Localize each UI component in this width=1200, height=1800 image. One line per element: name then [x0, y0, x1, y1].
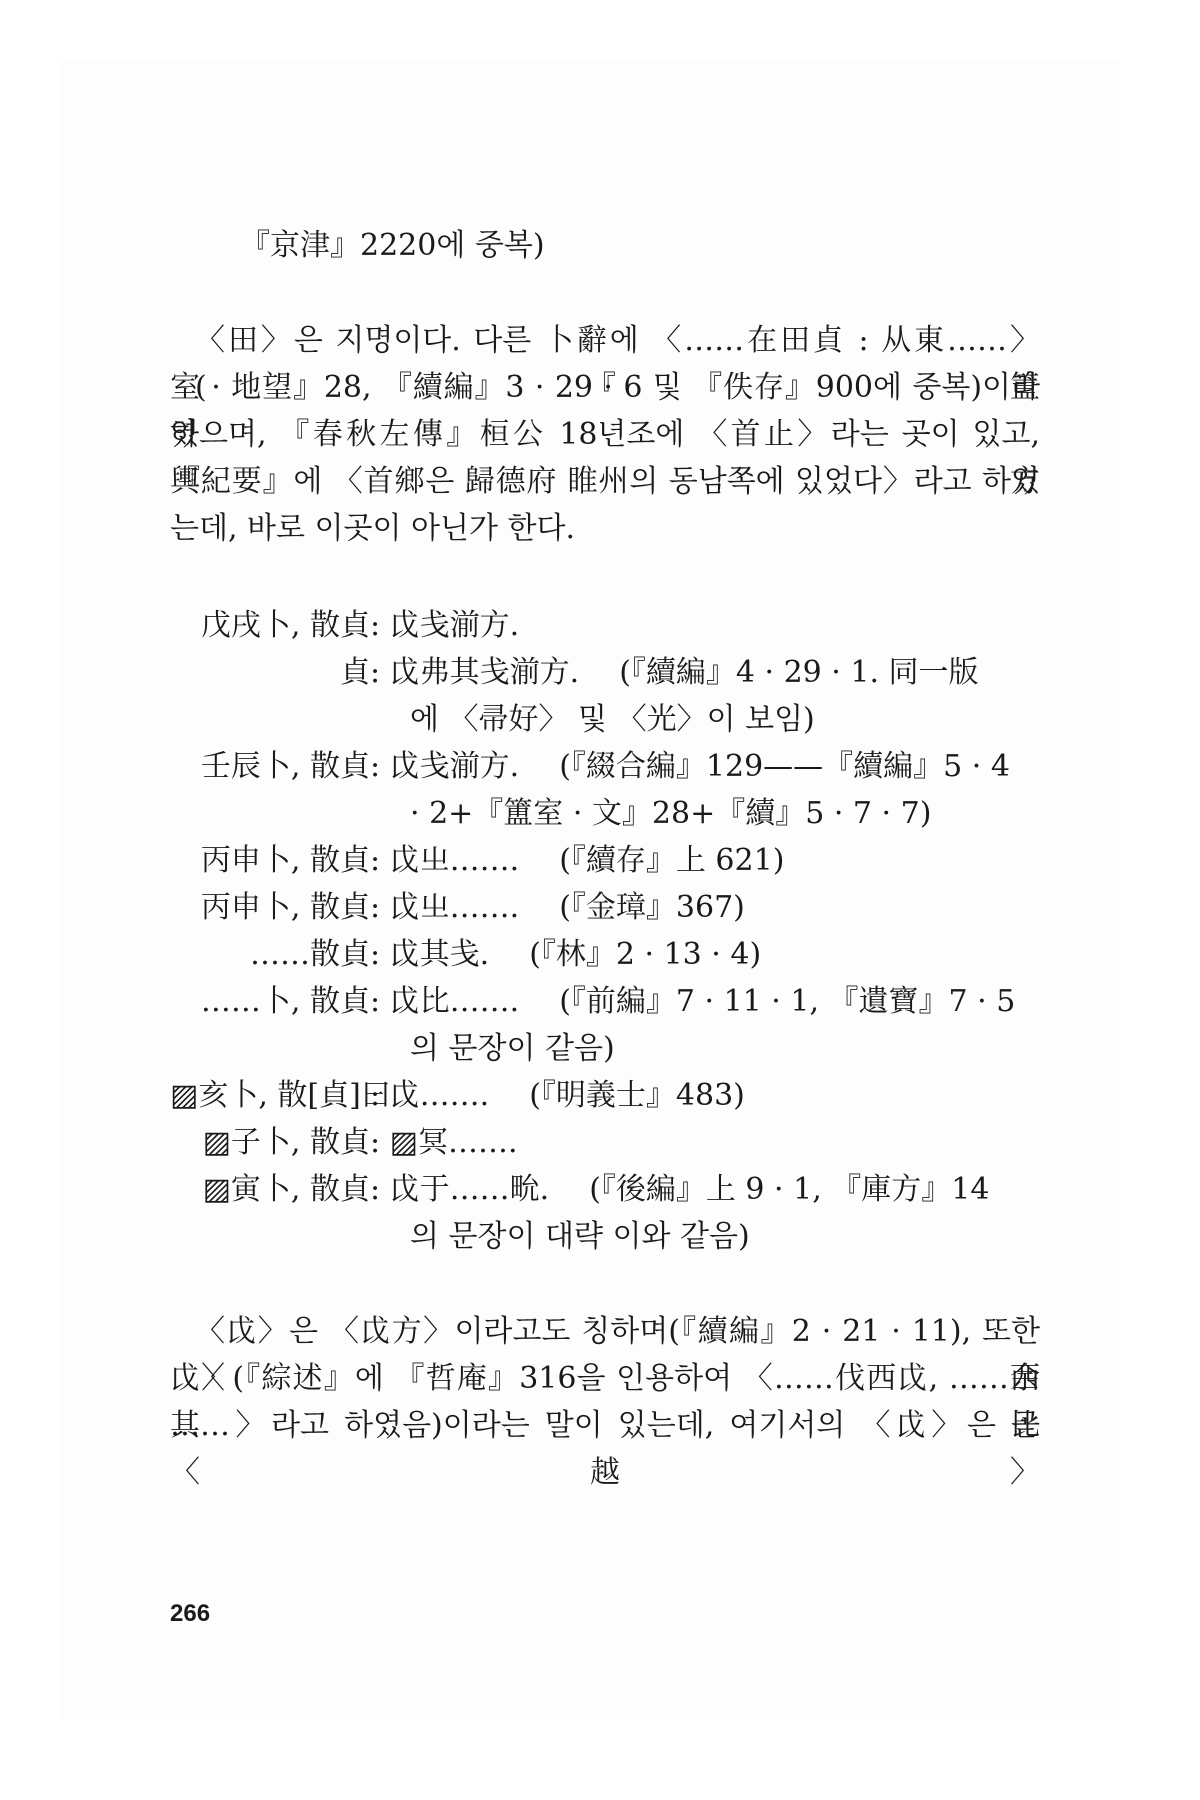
inscription-body: : 戉于……㽙. [370, 1166, 549, 1213]
inscription-entry: ▨亥卜, 散[貞]曰 : 戉……. (『明義士』483) [170, 1072, 1040, 1119]
inscription-head: ▨子卜, 散貞 [170, 1119, 370, 1166]
paragraph-2: 〈戉〉은 〈戉方〉이라고도 칭하며(『續編』2 · 21 · 11), 또한 〈… [170, 1308, 1040, 1449]
inscription-body: : 戉戋湔方. [370, 602, 519, 649]
inscription-entry: 戊戌卜, 散貞 : 戉戋湔方. [170, 602, 1040, 649]
inscription-entry: 丙申卜, 散貞 : 戉㞢……. (『金璋』367) [170, 884, 1040, 931]
inscription-body: : ▨冥……. [370, 1119, 518, 1166]
inscription-entry: ▨子卜, 散貞 : ▨冥……. [170, 1119, 1040, 1166]
inscription-head: 丙申卜, 散貞 [170, 837, 370, 884]
page-number: 266 [170, 1600, 210, 1628]
inscription-head: 貞 [170, 649, 370, 696]
citation-continuation: 에 〈帚好〉 및 〈光〉이 보임) [170, 696, 1040, 743]
inscription-citation: (『明義士』483) [529, 1072, 745, 1119]
citation-continuation: 의 문장이 같음) [170, 1025, 1040, 1072]
inscription-head: ▨亥卜, 散[貞]曰 [170, 1072, 370, 1119]
citation-continuation: 의 문장이 대략 이와 같음) [170, 1213, 1040, 1260]
inscription-body: : 戉弗其戋湔方. [370, 649, 579, 696]
inscription-entry: ……卜, 散貞 : 戉比……. (『前編』7 · 11 · 1, 『遺寶』7 ·… [170, 978, 1040, 1025]
paragraph-line: 였으며, 『春秋左傳』桓公 18년조에 〈首止〉라는 곳이 있고, 『方 [170, 411, 1040, 458]
inscription-entry: 壬辰卜, 散貞 : 戉戋湔方. (『綴合編』129——『續編』5 · 4 [170, 743, 1040, 790]
inscription-entry: 貞 : 戉弗其戋湔方. (『續編』4 · 29 · 1. 同一版 [170, 649, 1040, 696]
inscription-body: : 戉戋湔方. [370, 743, 519, 790]
inscription-head: 戊戌卜, 散貞 [170, 602, 370, 649]
inscription-list: 戊戌卜, 散貞 : 戉戋湔方. 貞 : 戉弗其戋湔方. (『續編』4 · 29 … [170, 602, 1040, 1260]
inscription-body: : 戉㞢……. [370, 884, 519, 931]
continuation-line: 『京津』2220에 중복) [170, 222, 1040, 269]
inscription-head: 壬辰卜, 散貞 [170, 743, 370, 790]
paragraph-line: 〈戉〉은 〈戉方〉이라고도 칭하며(『續編』2 · 21 · 11), 또한 〈… [170, 1308, 1040, 1355]
inscription-body: : 戉㞢……. [370, 837, 519, 884]
paragraph-line: 〈田〉은 지명이다. 다른 卜辭에 〈……在田貞 : 从東……〉(『簠 [170, 317, 1040, 364]
inscription-citation: (『綴合編』129——『續編』5 · 4 [559, 743, 1010, 790]
inscription-body: : 戉比……. [370, 978, 519, 1025]
inscription-head: ▨寅卜, 散貞 [170, 1166, 370, 1213]
inscription-entry: ▨寅卜, 散貞 : 戉于……㽙. (『後編』上 9 · 1, 『庫方』14 [170, 1166, 1040, 1213]
citation-continuation: · 2+『簠室 · 文』28+『續』5 · 7 · 7) [170, 790, 1040, 837]
inscription-citation: (『金璋』367) [559, 884, 745, 931]
paragraph-line: 는데, 바로 이곳이 아닌가 한다. [170, 505, 1040, 552]
inscription-citation: (『後編』上 9 · 1, 『庫方』14 [589, 1166, 989, 1213]
inscription-head: 丙申卜, 散貞 [170, 884, 370, 931]
inscription-head: ……散貞 [170, 931, 370, 978]
paragraph-line: 室 · 地望』28, 『續編』3 · 29 · 6 및 『佚存』900에 중복)… [170, 364, 1040, 411]
inscription-body: : 戉……. [370, 1072, 489, 1119]
paragraph-line: ……〉라고 하였음)이라는 말이 있는데, 여기서의 〈戉〉은 곧 〈越〉 [170, 1402, 1040, 1449]
page-body: 『京津』2220에 중복) 〈田〉은 지명이다. 다른 卜辭에 〈……在田貞 :… [170, 222, 1040, 1449]
inscription-body: : 戉其戋. [370, 931, 489, 978]
paragraph-line: 戉〉(『綜述』에 『哲庵』316을 인용하여 〈……伐西戉, ……余其比 [170, 1355, 1040, 1402]
inscription-citation: (『前編』7 · 11 · 1, 『遺寶』7 · 5 [559, 978, 1015, 1025]
inscription-citation: (『續編』4 · 29 · 1. 同一版 [619, 649, 978, 696]
inscription-citation: (『林』2 · 13 · 4) [529, 931, 761, 978]
paragraph-line: 輿紀要』에 〈首鄉은 歸德府 睢州의 동남쪽에 있었다〉라고 하였 [170, 458, 1040, 505]
inscription-entry: 丙申卜, 散貞 : 戉㞢……. (『續存』上 621) [170, 837, 1040, 884]
inscription-citation: (『續存』上 621) [559, 837, 784, 884]
inscription-head: ……卜, 散貞 [170, 978, 370, 1025]
inscription-entry: ……散貞 : 戉其戋. (『林』2 · 13 · 4) [170, 931, 1040, 978]
paragraph-1: 〈田〉은 지명이다. 다른 卜辭에 〈……在田貞 : 从東……〉(『簠 室 · … [170, 317, 1040, 552]
